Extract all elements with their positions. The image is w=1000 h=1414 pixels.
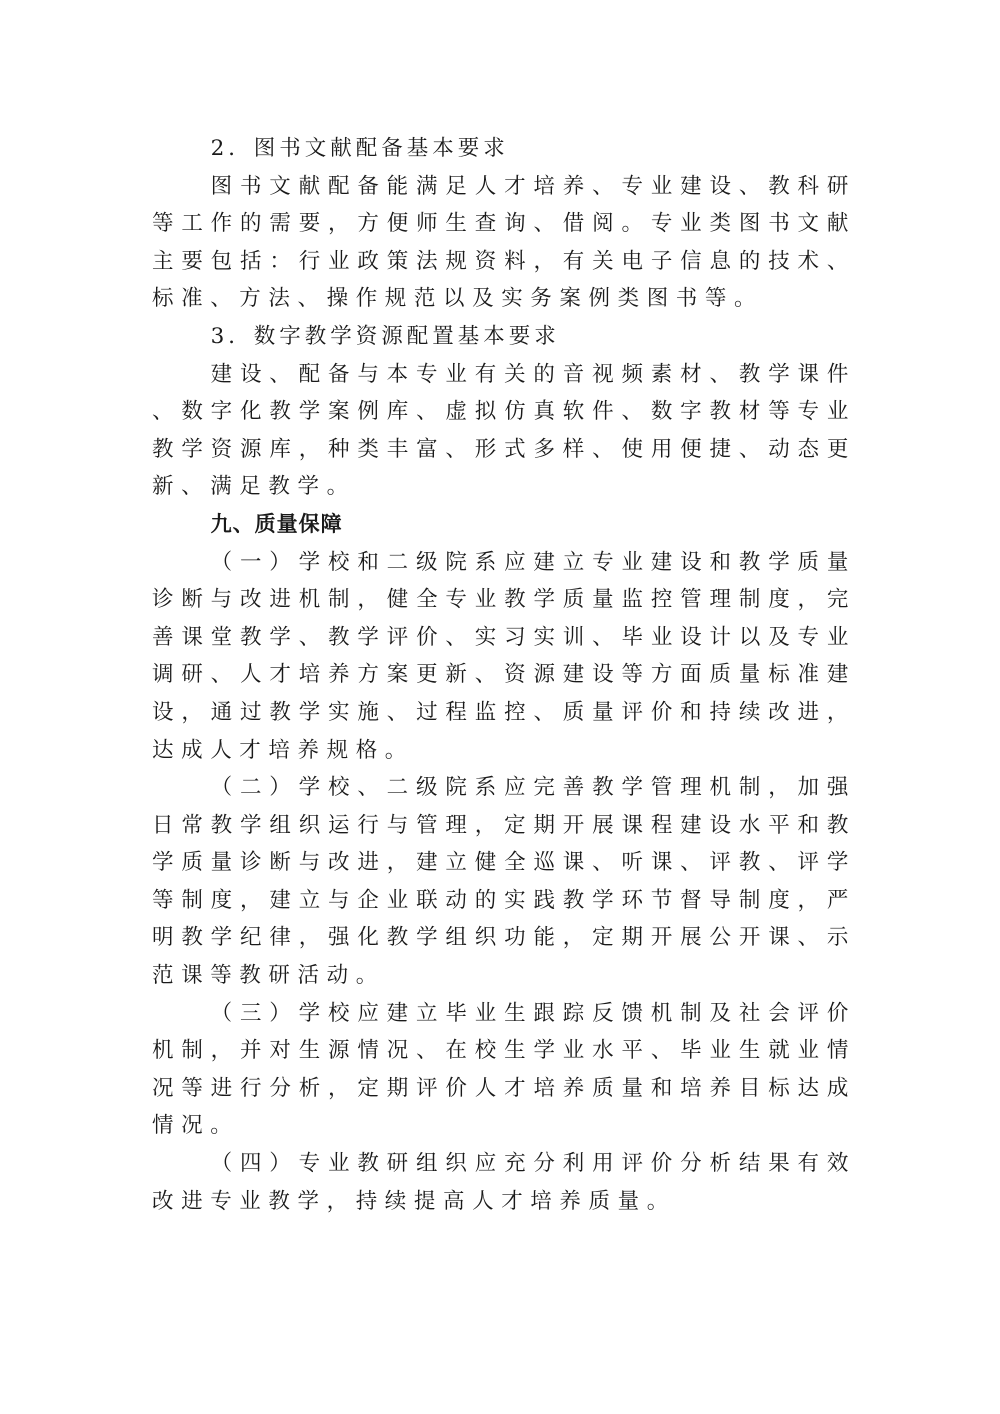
paragraph-quality-item-1: （一）学校和二级院系应建立专业建设和教学质量诊断与改进机制，健全专业教学质量监控… — [152, 544, 856, 770]
paragraph-quality-item-2: （二）学校、二级院系应完善教学管理机制，加强日常教学组织运行与管理，定期开展课程… — [152, 769, 856, 995]
subheading-library-resources: 2．图书文献配备基本要求 — [152, 130, 856, 168]
paragraph-library-resources: 图书文献配备能满足人才培养、专业建设、教科研等工作的需要，方便师生查询、借阅。专… — [152, 168, 856, 318]
section-heading-quality-assurance: 九、质量保障 — [152, 506, 856, 544]
paragraph-digital-resources: 建设、配备与本专业有关的音视频素材、教学课件、数字化教学案例库、虚拟仿真软件、数… — [152, 356, 856, 506]
document-page: 2．图书文献配备基本要求 图书文献配备能满足人才培养、专业建设、教科研等工作的需… — [152, 130, 856, 1220]
paragraph-quality-item-3: （三）学校应建立毕业生跟踪反馈机制及社会评价机制，并对生源情况、在校生学业水平、… — [152, 995, 856, 1145]
subheading-digital-resources: 3．数字教学资源配置基本要求 — [152, 318, 856, 356]
paragraph-quality-item-4: （四）专业教研组织应充分利用评价分析结果有效改进专业教学，持续提高人才培养质量。 — [152, 1145, 856, 1220]
